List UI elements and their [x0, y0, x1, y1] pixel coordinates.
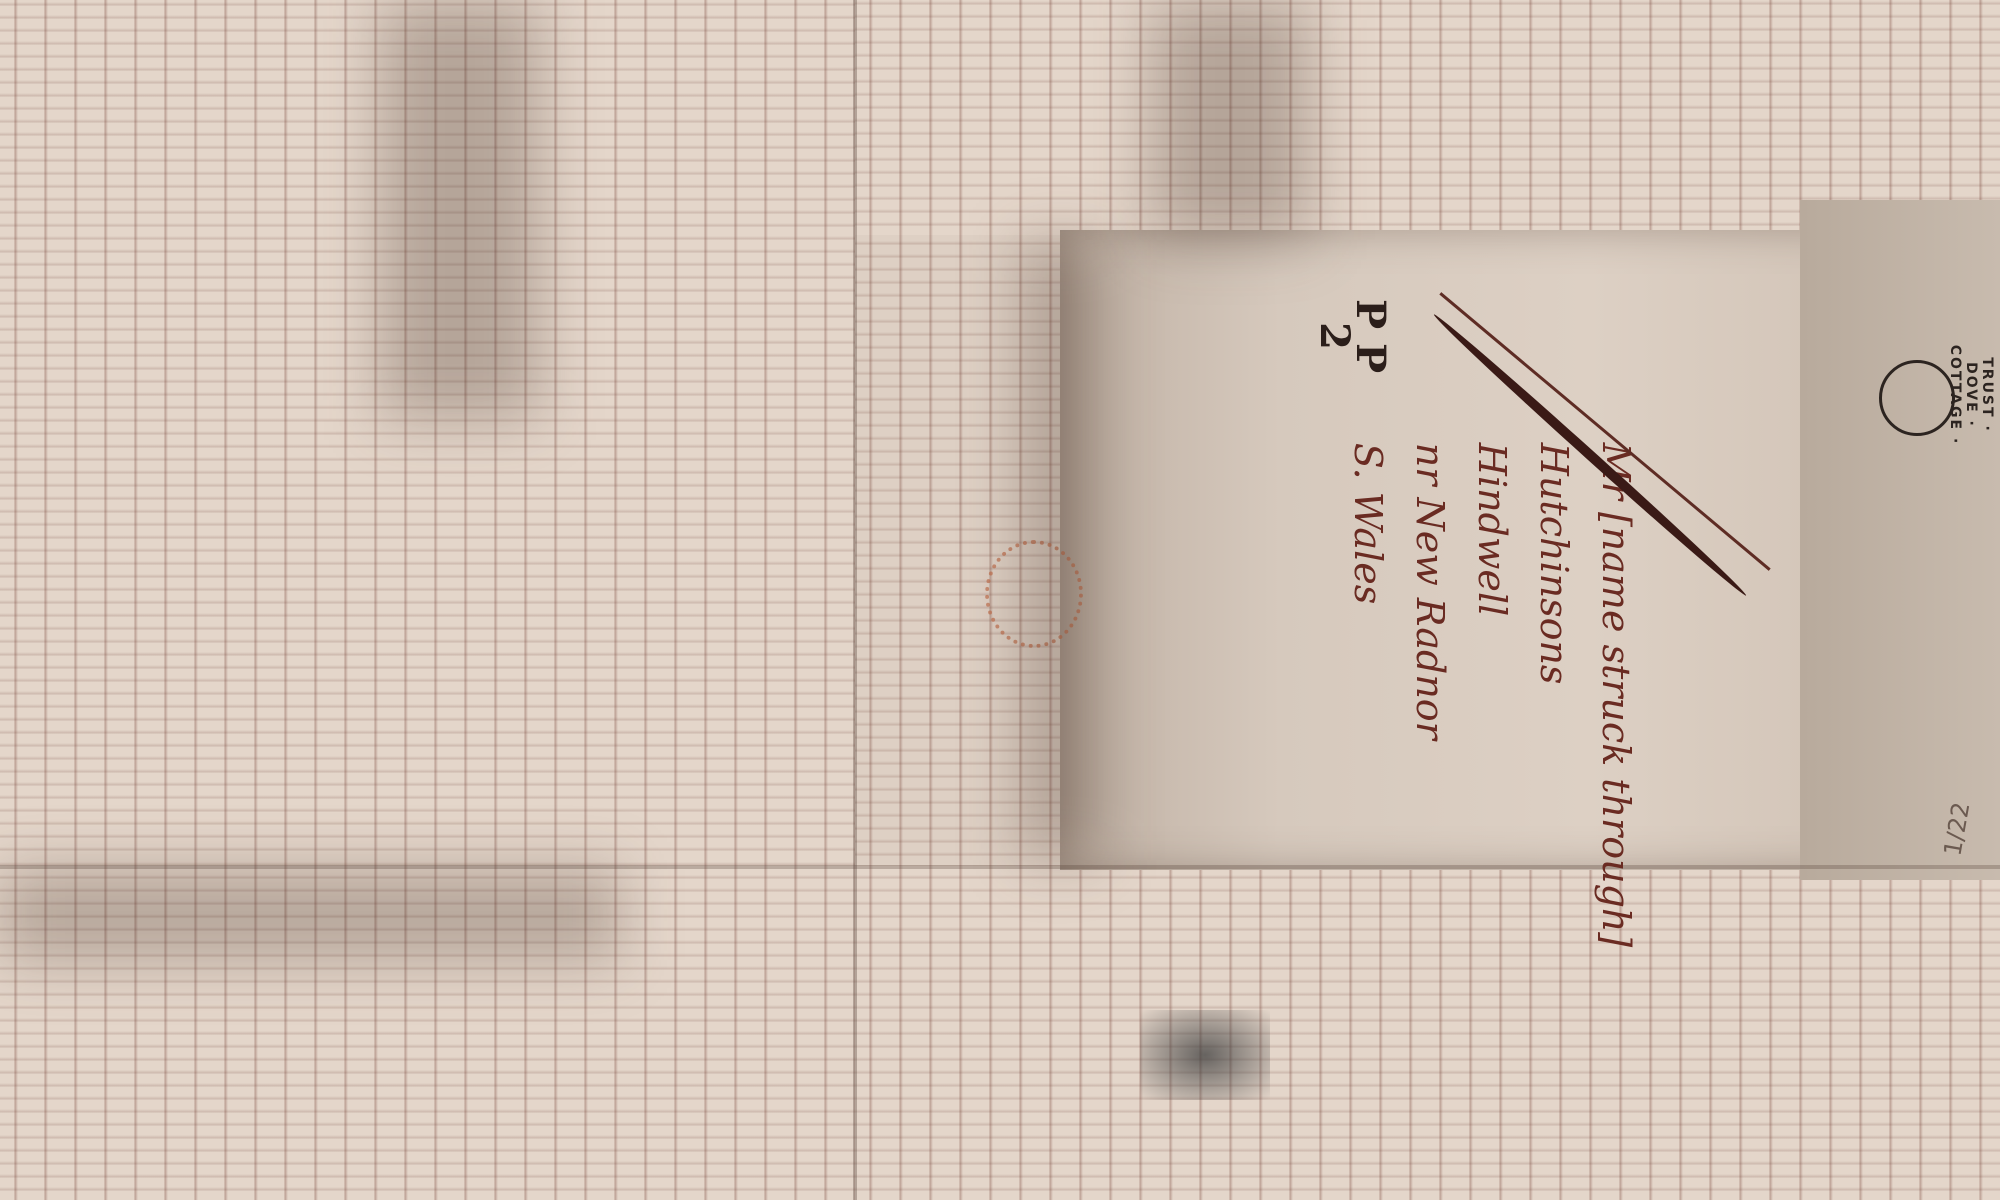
- address-line: Hindwell: [1461, 443, 1523, 947]
- wax-seal-mark: [985, 540, 1083, 648]
- letter-photograph: P P 2 Mr [name struck through] Hutchinso…: [0, 0, 2000, 1200]
- recipient-address: Mr [name struck through] Hutchinsons Hin…: [1337, 443, 1647, 947]
- address-line: Mr [name struck through]: [1585, 443, 1647, 947]
- paper-edge: [1800, 200, 2000, 880]
- address-line: nr New Radnor: [1399, 443, 1461, 947]
- ink-blot: [1140, 1010, 1270, 1100]
- address-line: S. Wales: [1337, 443, 1399, 947]
- address-line: Hutchinsons: [1523, 443, 1585, 947]
- postmark: P P 2: [1316, 299, 1388, 373]
- dove-cottage-trust-stamp: TRUST · DOVE · COTTAGE ·: [1845, 330, 1995, 460]
- horizontal-fold: [0, 865, 2000, 869]
- handwritten-panel-top-left: [0, 0, 855, 860]
- vertical-fold: [853, 0, 857, 1200]
- handwritten-panel-bottom-left: [0, 860, 855, 1200]
- stamp-ring: [1879, 360, 1955, 436]
